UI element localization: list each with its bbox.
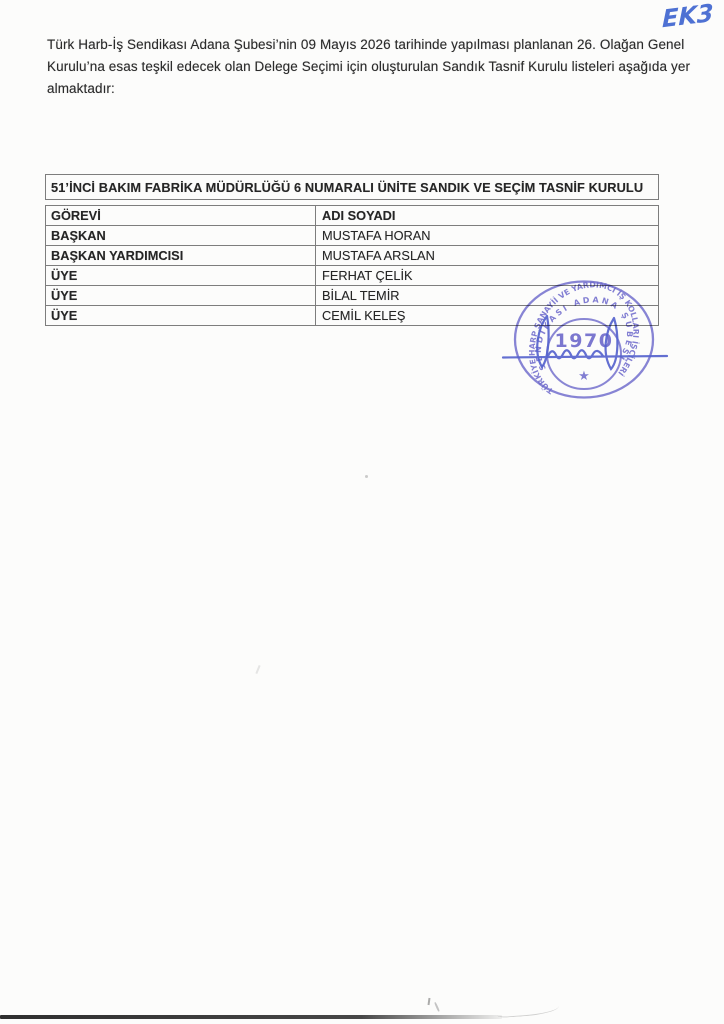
star-icon: ★ xyxy=(578,369,590,384)
union-stamp: TÜRKİYE HARP SANAYİİ VE YARDIMCI İŞ KOLL… xyxy=(498,270,672,416)
table-title: 51’İNCİ BAKIM FABRİKA MÜDÜRLÜĞÜ 6 NUMARA… xyxy=(45,174,659,200)
signature-line xyxy=(503,356,667,358)
cell-gorev: BAŞKAN xyxy=(46,226,316,245)
scan-mark xyxy=(434,1002,439,1012)
cell-gorev: BAŞKAN YARDIMCISI xyxy=(46,246,316,265)
column-header-adi-soyadi: ADI SOYADI xyxy=(316,206,658,225)
cell-gorev: ÜYE xyxy=(46,286,316,305)
cell-ad: MUSTAFA HORAN xyxy=(316,226,658,245)
scan-mark xyxy=(428,998,431,1005)
scan-speck xyxy=(255,665,260,674)
intro-paragraph: Türk Harb-İş Sendikası Adana Şubesi’nin … xyxy=(47,34,701,100)
scan-bottom-edge-tail xyxy=(497,1001,560,1018)
cell-ad: MUSTAFA ARSLAN xyxy=(316,246,658,265)
table-header-row: GÖREVİ ADI SOYADI xyxy=(46,206,658,226)
column-header-gorevi: GÖREVİ xyxy=(46,206,316,225)
table-row: BAŞKAN MUSTAFA HORAN xyxy=(46,226,658,246)
cell-gorev: ÜYE xyxy=(46,306,316,325)
cell-gorev: ÜYE xyxy=(46,266,316,285)
annotation-ek3: EK3 xyxy=(662,0,714,33)
table-row: BAŞKAN YARDIMCISI MUSTAFA ARSLAN xyxy=(46,246,658,266)
stamp-graphic: TÜRKİYE HARP SANAYİİ VE YARDIMCI İŞ KOLL… xyxy=(498,270,672,416)
scan-speck xyxy=(365,475,368,478)
scan-bottom-edge xyxy=(0,1015,502,1019)
